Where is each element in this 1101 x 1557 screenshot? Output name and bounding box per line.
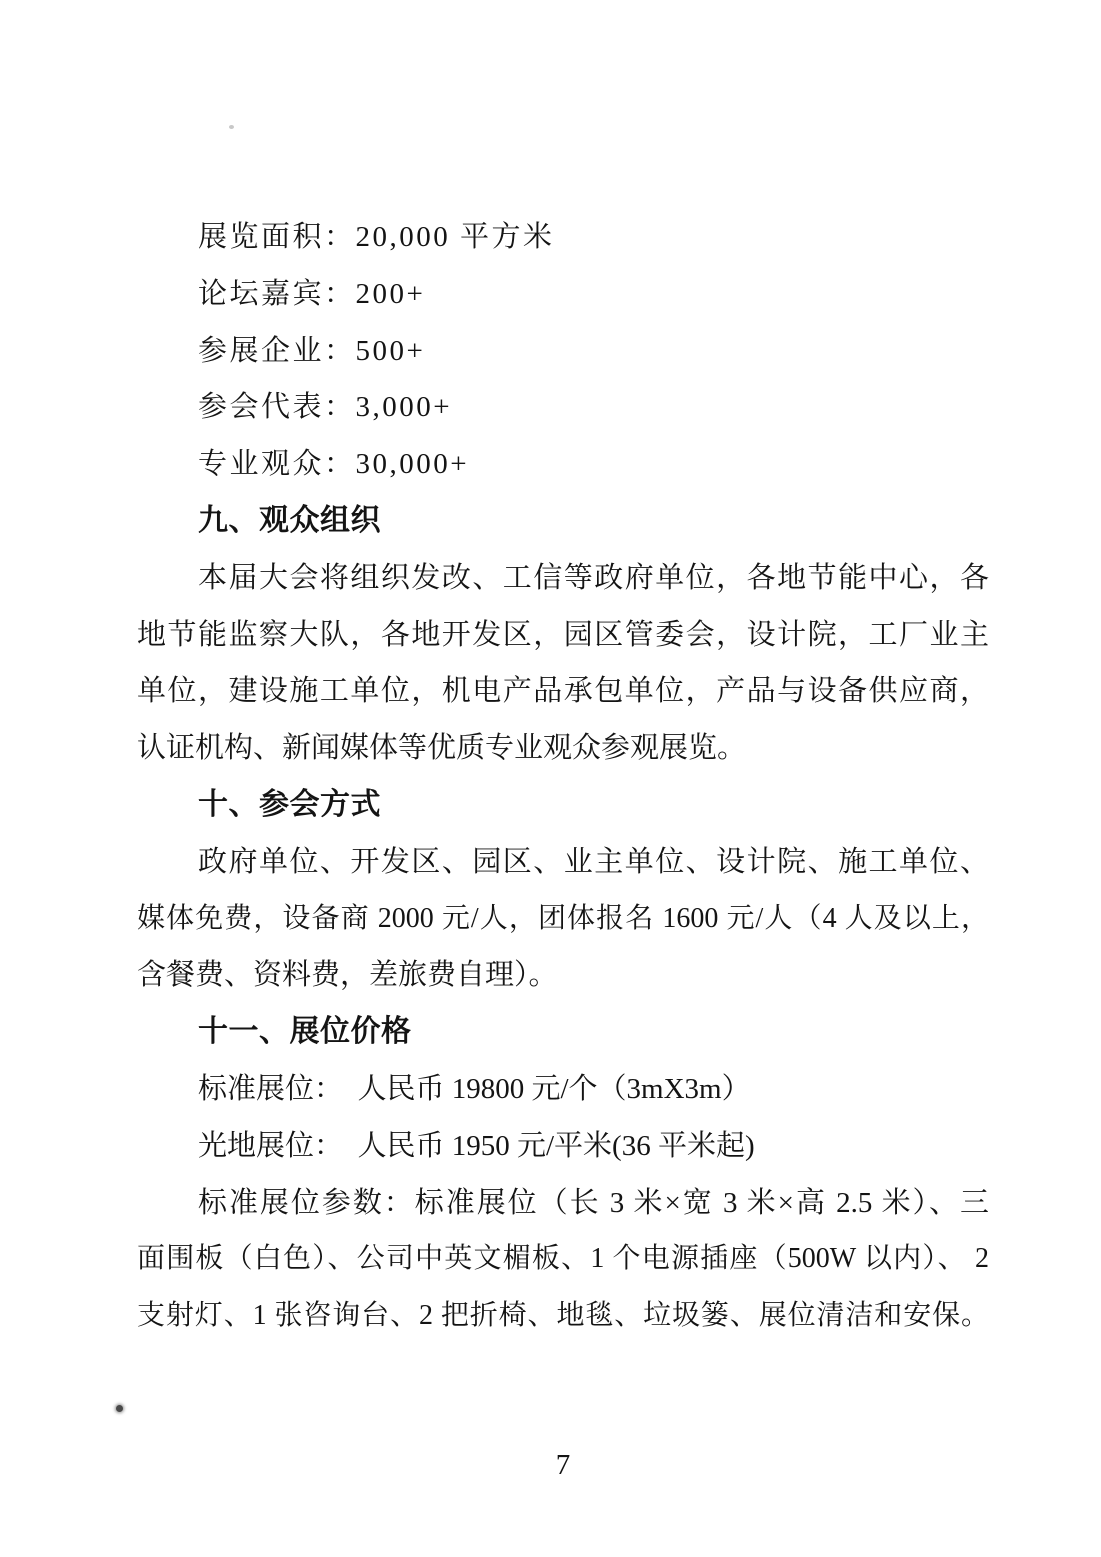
raw-space-price-line: 光地展位： 人民币 1950 元/平米(36 平米起) [137,1118,989,1175]
page-number: 7 [137,1437,989,1494]
stat-exhibition-area: 展览面积：20,000 平方米 [137,209,989,266]
standard-booth-price-line: 标准展位： 人民币 19800 元/个（3mX3m） [137,1061,989,1118]
section-heading-booth-price: 十一、展位价格 [137,1004,989,1061]
stat-professional-visitors: 专业观众：30,000+ [137,436,989,493]
scan-speck-bottom [116,1405,123,1412]
participation-paragraph-line-3: 含餐费、资料费，差旅费自理）。 [137,947,989,1004]
stat-exhibiting-companies: 参展企业：500+ [137,323,989,380]
document-text-block: 展览面积：20,000 平方米 论坛嘉宾：200+ 参展企业：500+ 参会代表… [137,209,989,1345]
audience-paragraph-line-2: 地节能监察大队，各地开发区，园区管委会，设计院，工厂业主 [137,607,989,664]
participation-paragraph-line-1: 政府单位、开发区、园区、业主单位、设计院、施工单位、 [137,834,989,891]
participation-paragraph-line-2: 媒体免费，设备商 2000 元/人，团体报名 1600 元/人（4 人及以上， [137,891,989,948]
document-page: 展览面积：20,000 平方米 论坛嘉宾：200+ 参展企业：500+ 参会代表… [0,0,1101,1557]
booth-params-line-3: 支射灯、1 张咨询台、2 把折椅、地毯、垃圾篓、展位清洁和安保。 [137,1288,989,1345]
booth-params-line-1: 标准展位参数：标准展位（长 3 米×宽 3 米×高 2.5 米）、三 [137,1175,989,1232]
stat-conference-delegates: 参会代表：3,000+ [137,379,989,436]
booth-params-line-2: 面围板（白色）、公司中英文楣板、1 个电源插座（500W 以内）、 2 [137,1231,989,1288]
stat-forum-guests: 论坛嘉宾：200+ [137,266,989,323]
audience-paragraph-line-1: 本届大会将组织发改、工信等政府单位，各地节能中心，各 [137,550,989,607]
section-heading-participation-method: 十、参会方式 [137,777,989,834]
audience-paragraph-line-3: 单位，建设施工单位，机电产品承包单位，产品与设备供应商， [137,663,989,720]
scan-speck-top [229,125,234,129]
section-heading-audience-organization: 九、观众组织 [137,493,989,550]
audience-paragraph-line-4: 认证机构、新闻媒体等优质专业观众参观展览。 [137,720,989,777]
